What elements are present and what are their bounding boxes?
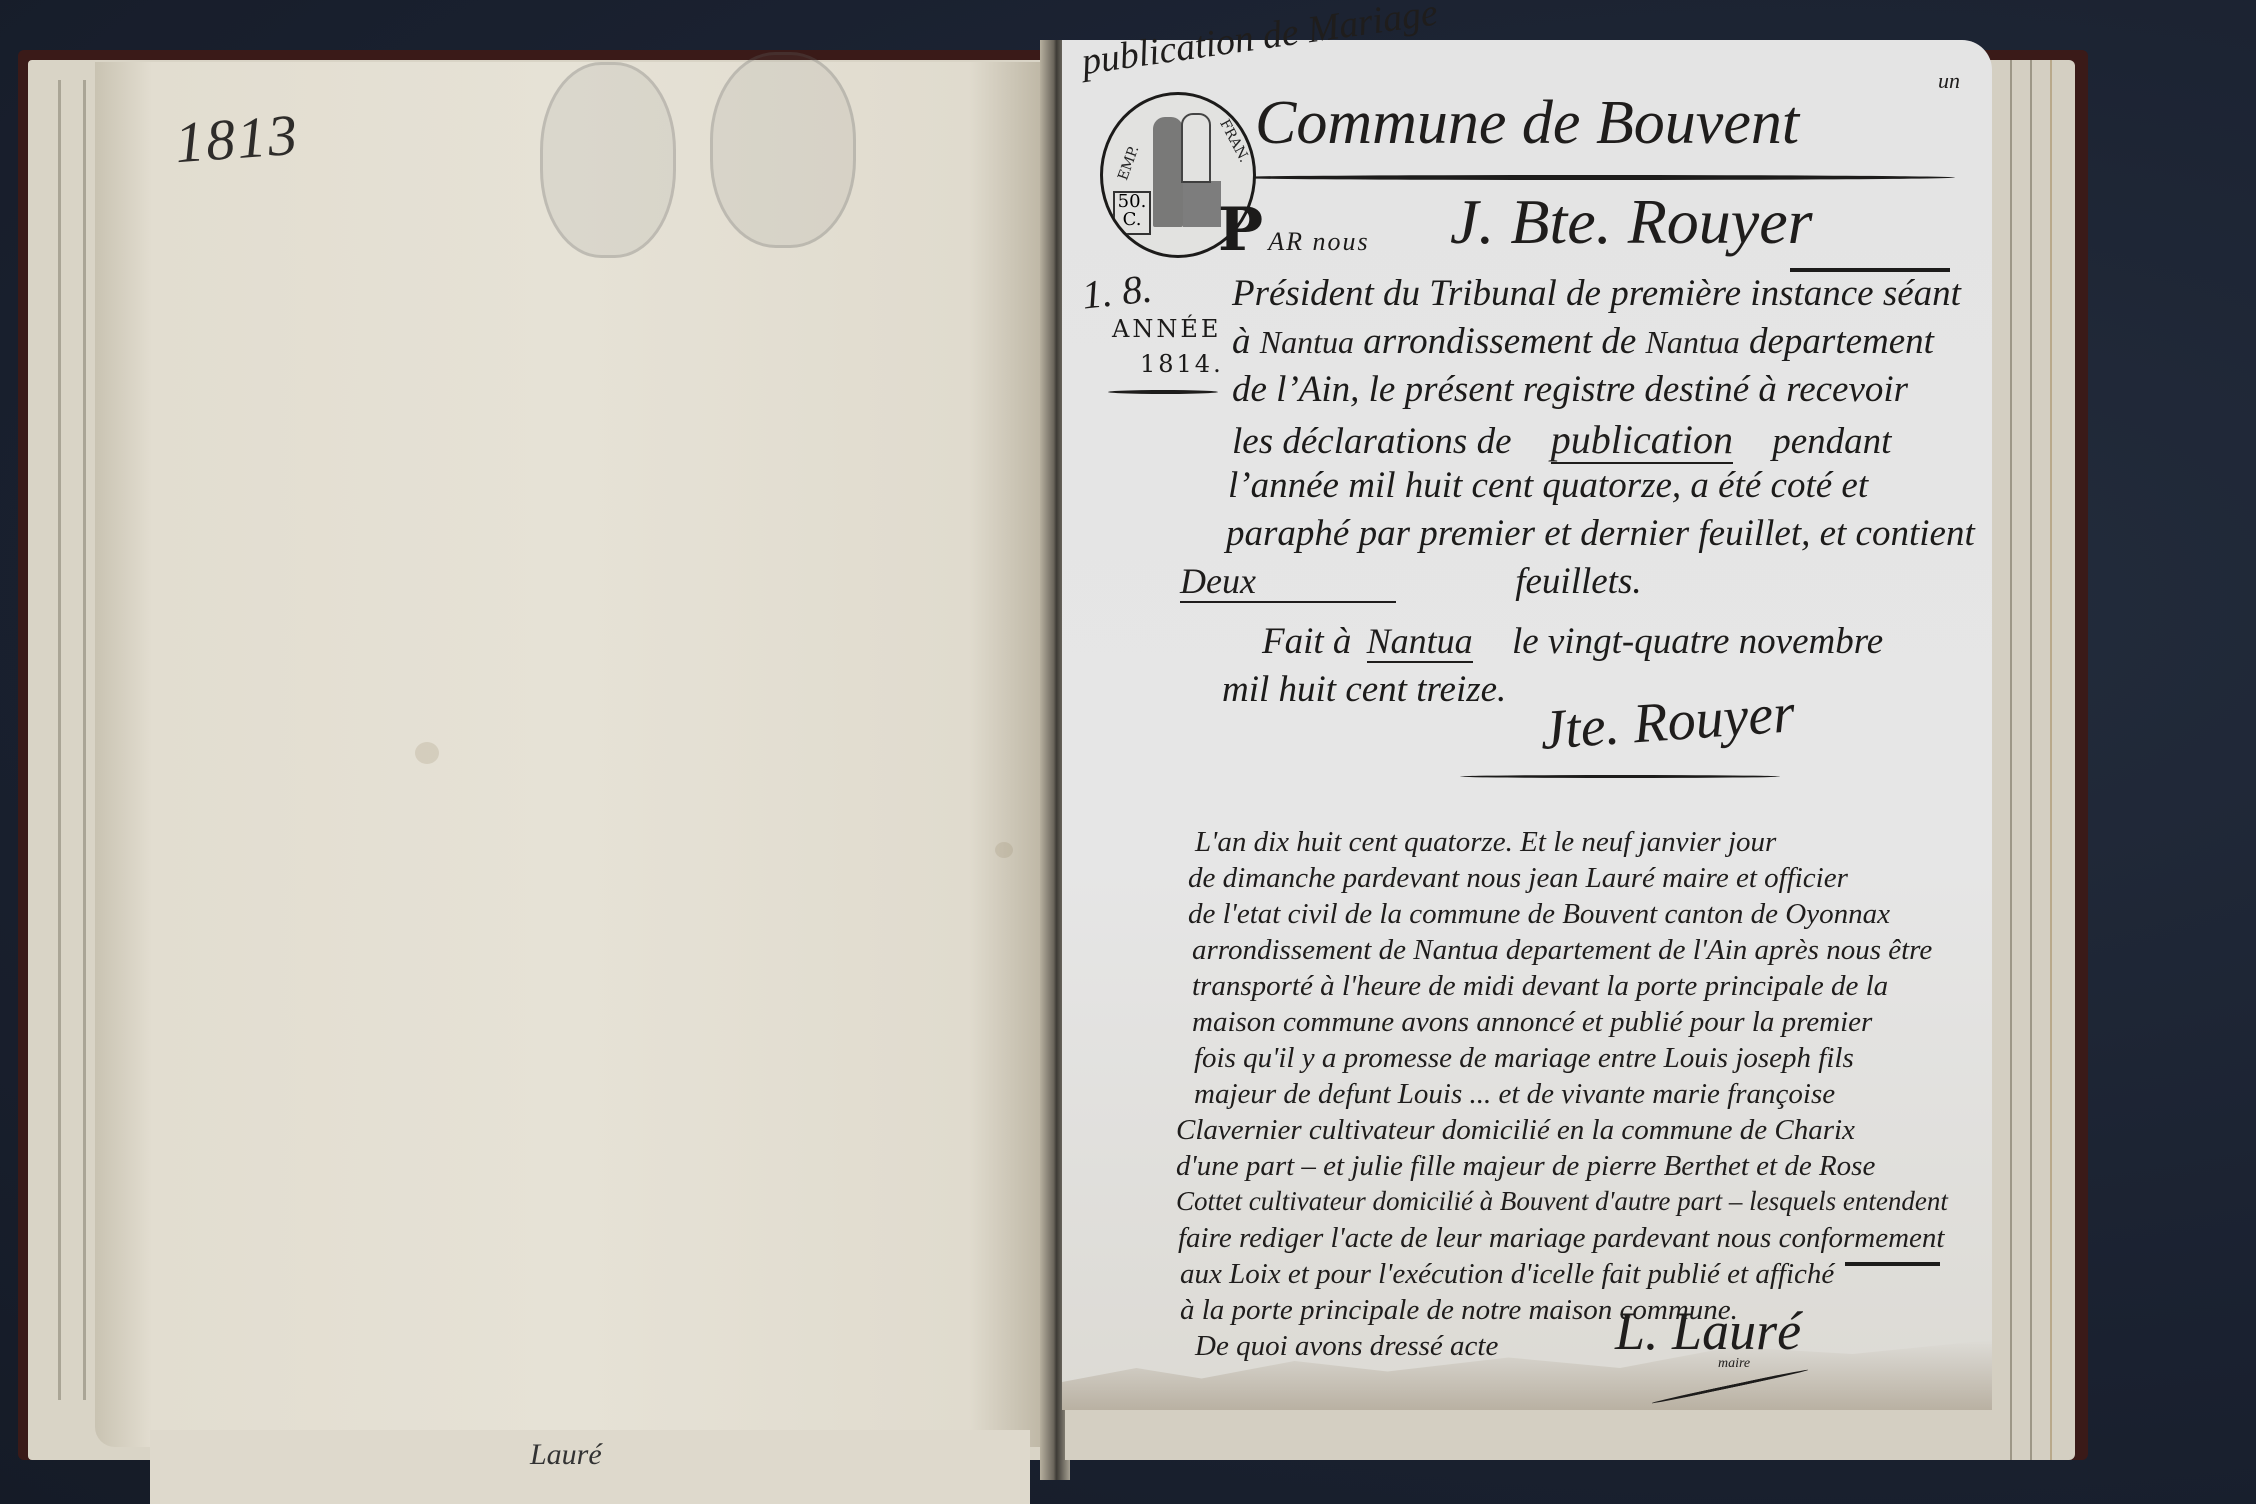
entry-line: faire rediger l'acte de leur mariage par… bbox=[1178, 1222, 1945, 1255]
form-line-1: Président du Tribunal de première instan… bbox=[1232, 272, 1961, 315]
dropcap: P bbox=[1218, 195, 1263, 265]
mayor-title: maire bbox=[1718, 1356, 1750, 1372]
entry-line: fois qu'il y a promesse de mariage entre… bbox=[1194, 1042, 1854, 1075]
annee-flourish bbox=[1108, 390, 1218, 394]
entry-closing: De quoi avons dressé acte bbox=[1195, 1330, 1498, 1363]
handwritten-leaf-count: Deux bbox=[1180, 561, 1396, 603]
left-page bbox=[95, 62, 1045, 1447]
entry-line: maison commune avons annoncé et publié p… bbox=[1192, 1006, 1872, 1039]
handwritten-place: Nantua bbox=[1646, 324, 1740, 360]
form-line-5: l’année mil huit cent quatorze, a été co… bbox=[1228, 464, 1868, 507]
folio-number: un bbox=[1938, 68, 1960, 94]
fait-line: Fait à Nantua le vingt-quatre novembre bbox=[1262, 620, 1883, 663]
commune-heading: Commune de Bouvent bbox=[1255, 88, 1799, 159]
stamp-value: 50. C. bbox=[1113, 191, 1151, 235]
annee-year: 1814. bbox=[1140, 350, 1224, 378]
form-line-4: les déclarations de publication pendant bbox=[1232, 416, 1891, 463]
entry-line: majeur de defunt Louis ... et de vivante… bbox=[1194, 1078, 1835, 1111]
form-line-3: de l’Ain, le présent registre destiné à … bbox=[1232, 368, 1908, 411]
entry-line: aux Loix et pour l'exécution d'icelle fa… bbox=[1180, 1258, 1834, 1291]
ghost-stamp-impression bbox=[710, 52, 856, 248]
handwritten-place: Nantua bbox=[1260, 324, 1354, 360]
entry-line: L'an dix huit cent quatorze. Et le neuf … bbox=[1195, 826, 1776, 859]
stamp-legend-left: EMP. bbox=[1115, 144, 1142, 183]
foxing-spot bbox=[995, 842, 1013, 858]
entry-line: Cottet cultivateur domicilié à Bouvent d… bbox=[1176, 1186, 1948, 1217]
scrap-text: Lauré bbox=[530, 1438, 602, 1472]
ghost-stamp-impression bbox=[540, 62, 676, 258]
margin-number: 1. 8. bbox=[1080, 264, 1155, 318]
left-bottom-scrap: Lauré bbox=[150, 1430, 1030, 1504]
left-page-year-note: 1813 bbox=[173, 101, 301, 176]
entry-end-rule bbox=[1845, 1262, 1940, 1266]
allegorical-figure-icon bbox=[1153, 117, 1183, 227]
page-edge bbox=[58, 80, 61, 1400]
entry-line: de dimanche pardevant nous jean Lauré ma… bbox=[1188, 862, 1848, 895]
annee-label: ANNÉE bbox=[1112, 315, 1221, 343]
opening-line: P AR nous bbox=[1218, 195, 1370, 265]
law-tablets-icon bbox=[1181, 113, 1211, 183]
entry-line: de l'etat civil de la commune de Bouvent… bbox=[1188, 898, 1890, 931]
opening-text: AR nous bbox=[1268, 227, 1369, 256]
signature-flourish bbox=[1460, 775, 1780, 778]
foxing-spot bbox=[415, 742, 439, 764]
form-line-2: à Nantua arrondissement de Nantua depart… bbox=[1232, 320, 1934, 363]
imperial-eagle-icon bbox=[1183, 181, 1221, 227]
handwritten-register-type: publication bbox=[1551, 417, 1733, 464]
mayor-signature: L. Lauré bbox=[1615, 1300, 1801, 1362]
heading-flourish bbox=[1215, 175, 1955, 180]
signer-name-handwritten: J. Bte. Rouyer bbox=[1450, 185, 1813, 259]
handwritten-place: Nantua bbox=[1367, 621, 1473, 663]
entry-line: transporté à l'heure de midi devant la p… bbox=[1192, 970, 1888, 1003]
year-line: mil huit cent treize. bbox=[1222, 668, 1506, 711]
page-edge bbox=[83, 80, 86, 1400]
entry-line: Clavernier cultivateur domicilié en la c… bbox=[1176, 1114, 1855, 1147]
form-line-7: Deux feuillets. bbox=[1180, 560, 1642, 603]
form-line-6: paraphé par premier et dernier feuillet,… bbox=[1226, 512, 1975, 555]
entry-line: d'une part – et julie fille majeur de pi… bbox=[1176, 1150, 1875, 1183]
entry-line: arrondissement de Nantua departement de … bbox=[1192, 934, 1932, 967]
